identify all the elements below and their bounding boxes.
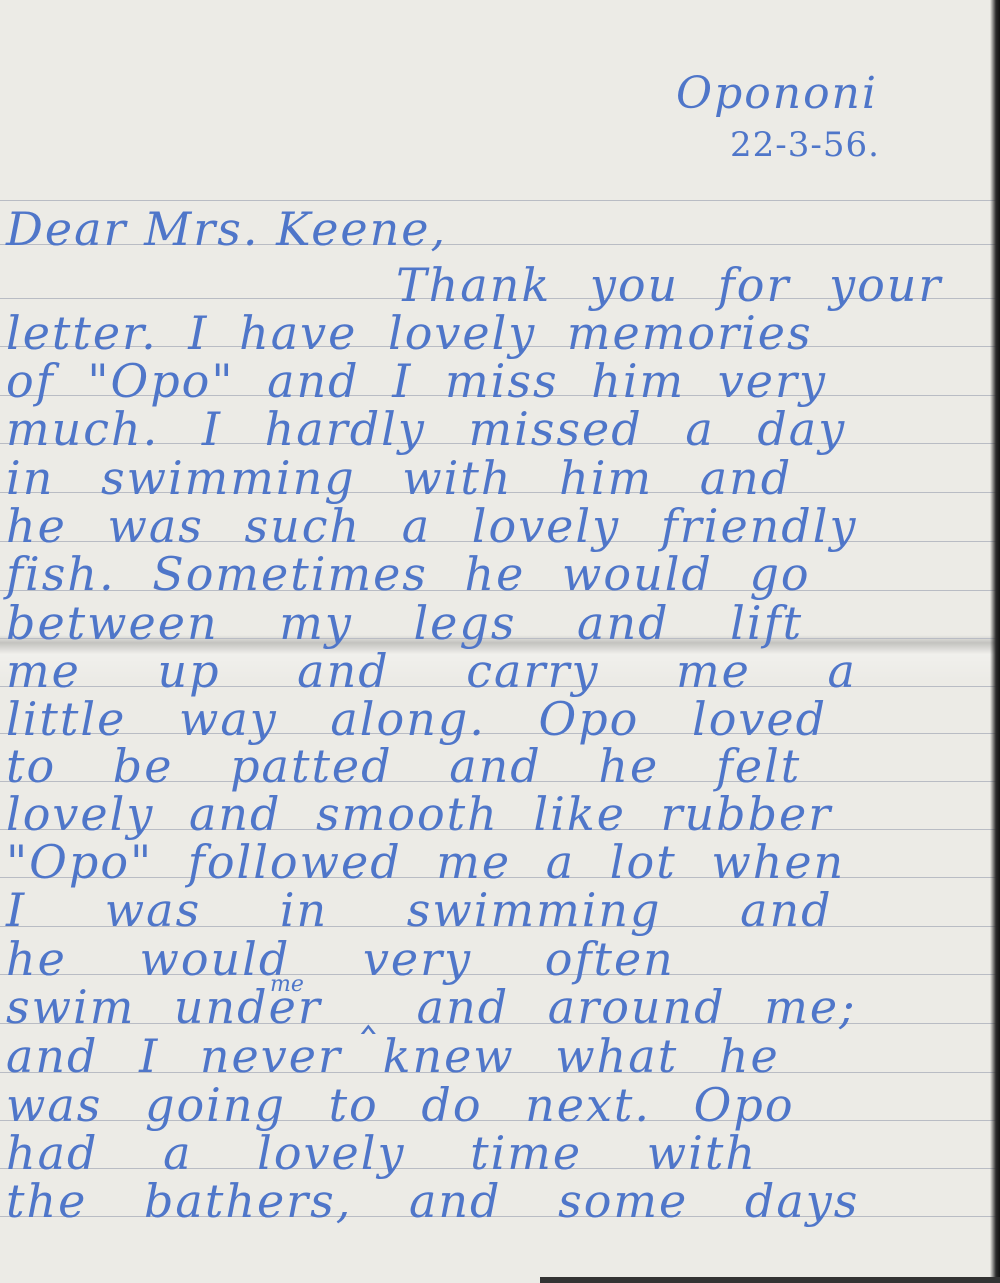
body-line: he would very often bbox=[6, 936, 675, 982]
body-line: I was in swimming and bbox=[6, 887, 833, 933]
letter-page: Opononi 22-3-56. Dear Mrs. Keene, Thank … bbox=[0, 0, 1000, 1283]
page-edge-shadow bbox=[990, 0, 1000, 1283]
body-line: "Opo" followed me a lot when bbox=[6, 839, 845, 885]
page-bottom-edge bbox=[540, 1277, 1000, 1283]
body-line: me up and carry me a bbox=[6, 648, 857, 694]
body-line: and I never knew what he bbox=[6, 1033, 780, 1079]
body-line: much. I hardly missed a day bbox=[6, 406, 846, 452]
inserted-word: me bbox=[270, 972, 304, 997]
body-line: of "Opo" and I miss him very bbox=[6, 358, 827, 404]
body-line: he was such a lovely friendly bbox=[6, 503, 857, 549]
body-line: the bathers, and some days bbox=[6, 1178, 859, 1224]
body-line: was going to do next. Opo bbox=[6, 1082, 795, 1128]
letter-date: 22-3-56. bbox=[730, 128, 880, 162]
body-line: fish. Sometimes he would go bbox=[6, 551, 811, 597]
body-line: to be patted and he felt bbox=[6, 743, 801, 789]
body-line: letter. I have lovely memories bbox=[6, 310, 813, 356]
ruled-line bbox=[0, 200, 1000, 201]
body-line: swim under ‸ and around me; bbox=[6, 984, 857, 1030]
body-line: little way along. Opo loved bbox=[6, 696, 827, 742]
body-line: lovely and smooth like rubber bbox=[6, 791, 832, 837]
letter-place: Opononi bbox=[676, 72, 878, 116]
body-line: between my legs and lift bbox=[6, 600, 803, 646]
body-line: had a lovely time with bbox=[6, 1130, 757, 1176]
body-line: Thank you for your bbox=[396, 262, 942, 308]
body-line: in swimming with him and bbox=[6, 455, 792, 501]
salutation: Dear Mrs. Keene, bbox=[6, 206, 447, 252]
